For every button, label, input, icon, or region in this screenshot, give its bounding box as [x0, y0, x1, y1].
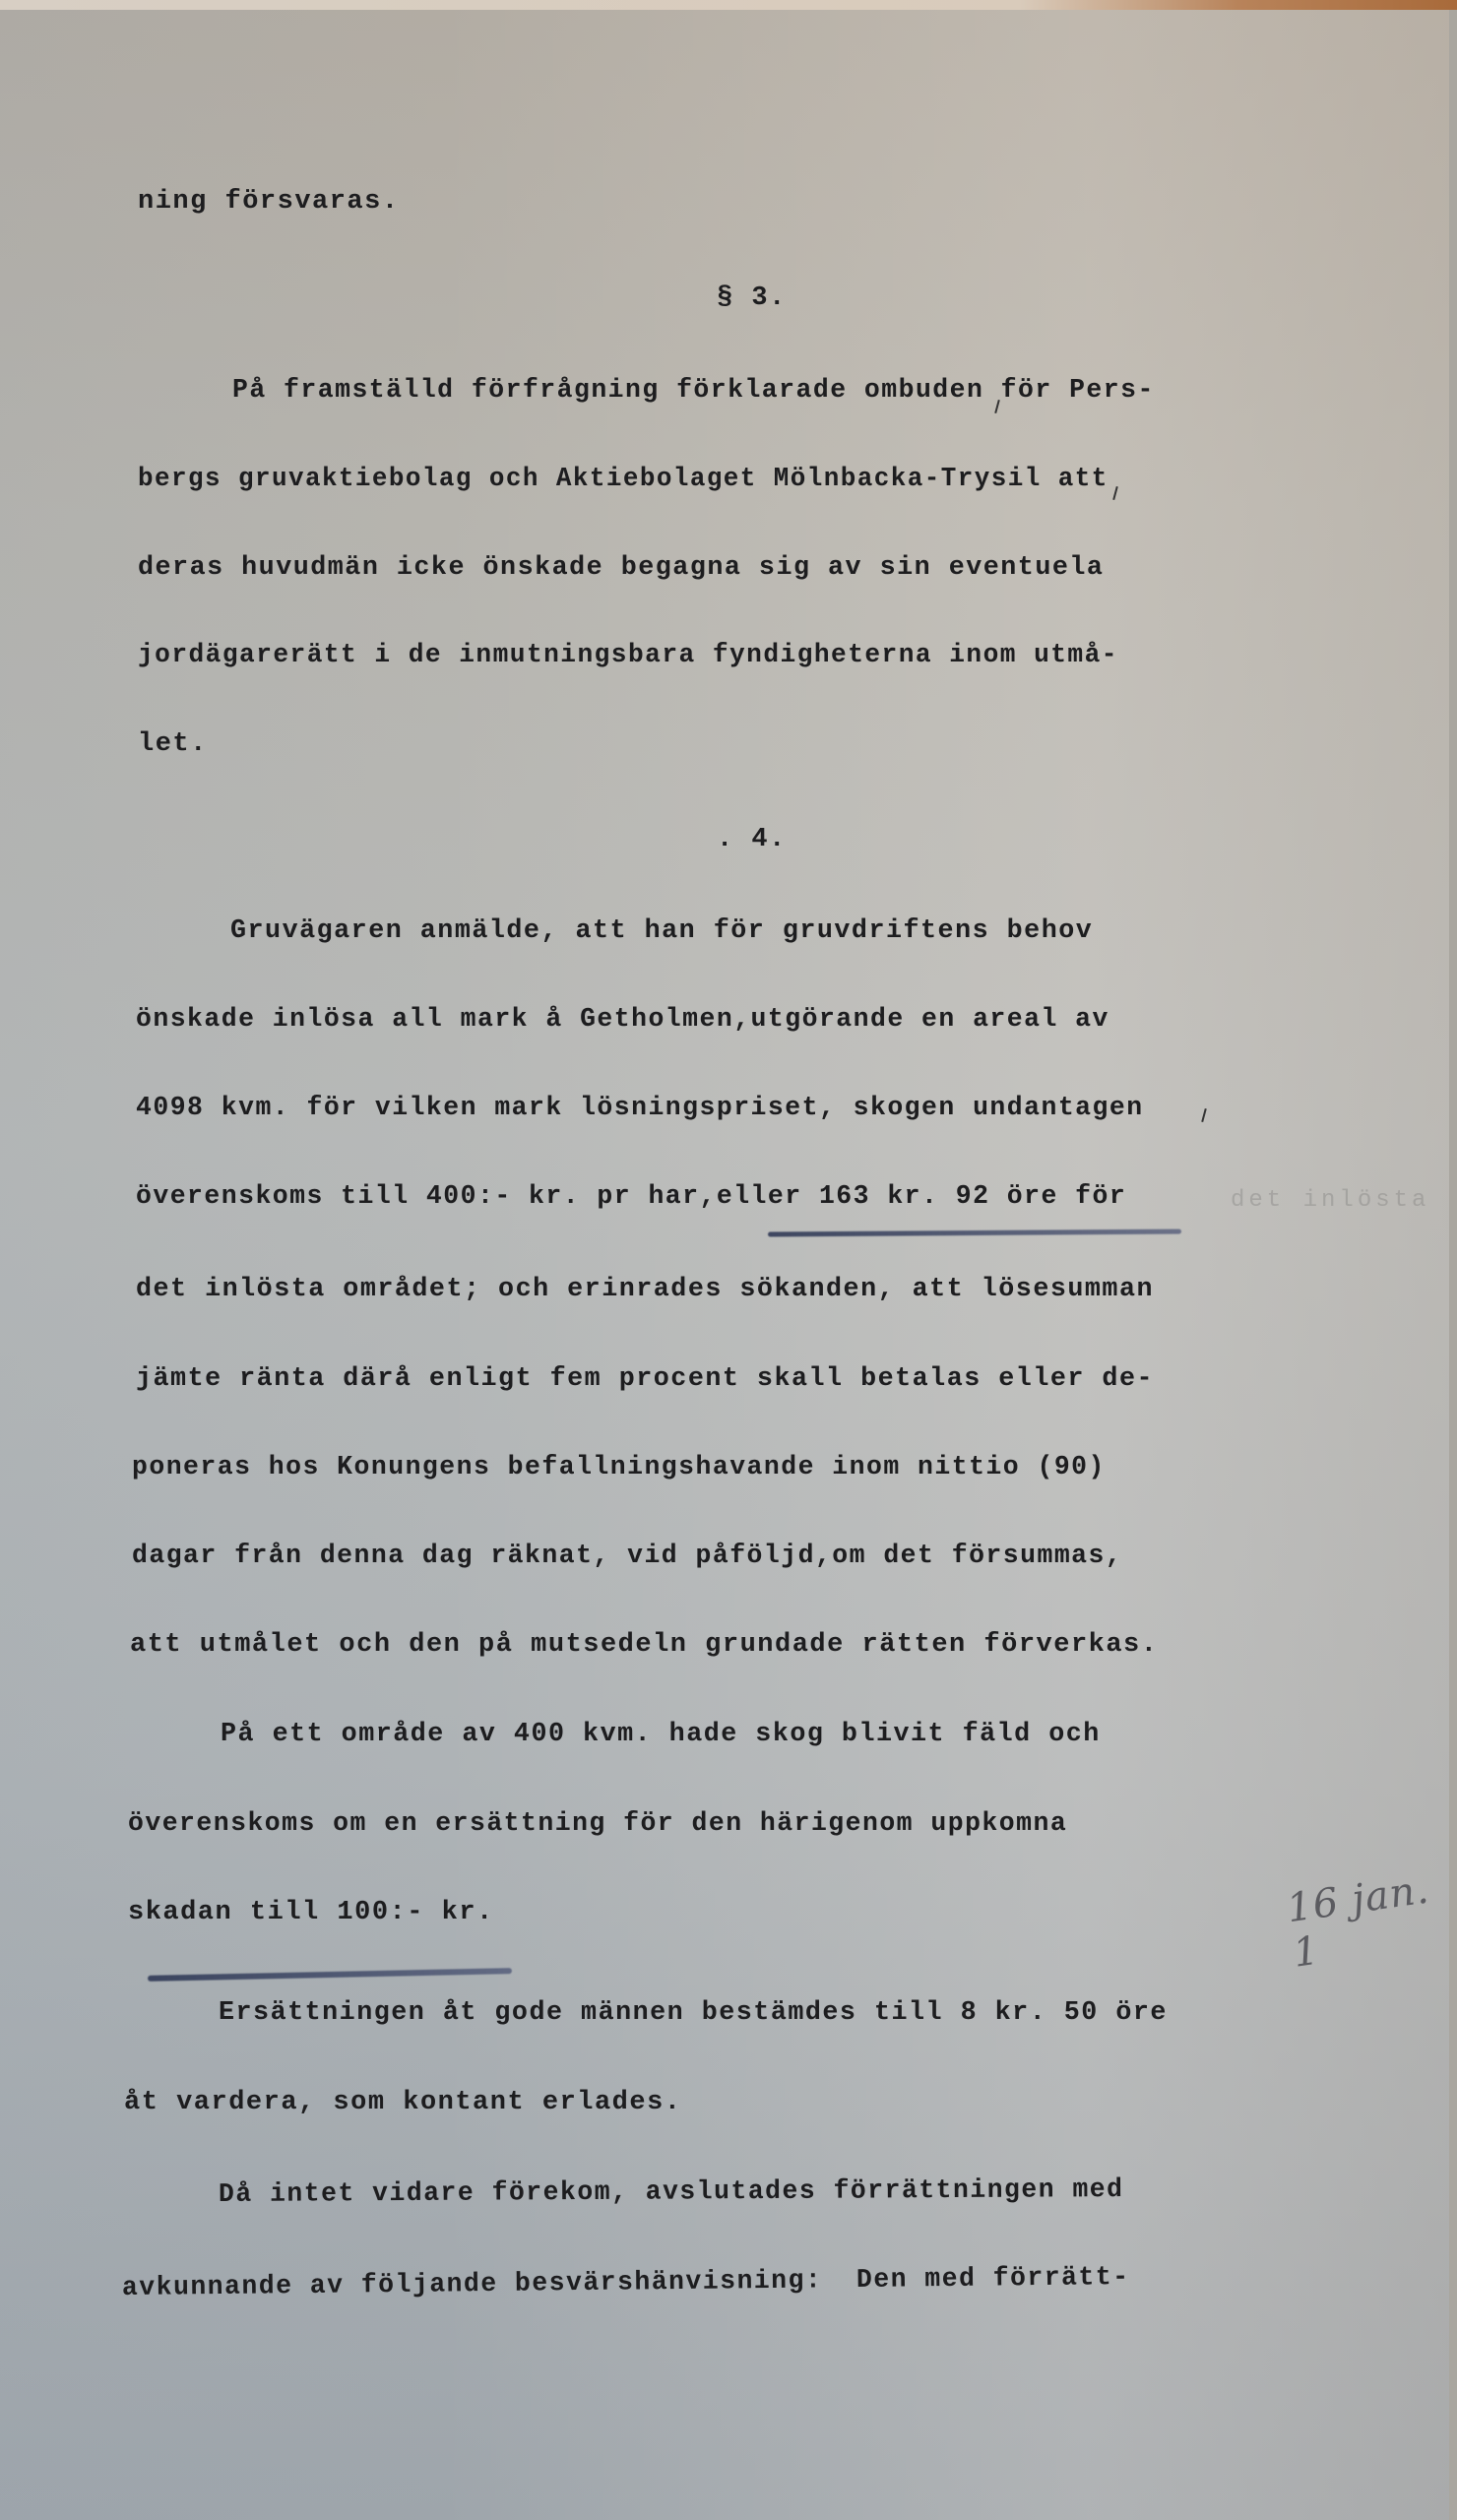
- text-line: avkunnande av följande besvärshänvisning…: [122, 2263, 1130, 2303]
- text-line: bergs gruvaktiebolag och Aktiebolaget Mö…: [138, 465, 1109, 494]
- text-line: skadan till 100:- kr.: [128, 1898, 494, 1927]
- text-line: ning försvaras.: [138, 187, 400, 217]
- bleed-through-text: det inlösta: [1231, 1187, 1429, 1214]
- text-line: överenskoms till 400:- kr. pr har,eller …: [136, 1182, 1126, 1212]
- text-line: deras huvudmän icke önskade begagna sig …: [138, 553, 1104, 583]
- text-line: På ett område av 400 kvm. hade skog bliv…: [221, 1720, 1101, 1749]
- text-line: överenskoms om en ersättning för den här…: [128, 1809, 1067, 1839]
- text-line: att utmålet och den på mutsedeln grundad…: [130, 1630, 1158, 1660]
- text-line: poneras hos Konungens befallningshavande…: [132, 1453, 1106, 1482]
- text-line: dagar från denna dag räknat, vid påföljd…: [132, 1542, 1122, 1571]
- text-line: önskade inlösa all mark å Getholmen,utgö…: [136, 1005, 1109, 1035]
- correction-mark: [1201, 1108, 1207, 1122]
- text-line: På framställd förfrågning förklarade omb…: [232, 376, 1155, 406]
- text-line: Då intet vidare förekom, avslutades förr…: [219, 2175, 1124, 2210]
- document-page: ning försvaras. § 3. På framställd förfr…: [0, 10, 1449, 2520]
- page-top-edge: [0, 0, 1457, 10]
- text-line: åt vardera, som kontant erlades.: [124, 2088, 681, 2117]
- text-line: jordägarerätt i de inmutningsbara fyndig…: [138, 641, 1118, 670]
- section-heading-4: . 4.: [717, 825, 787, 854]
- text-line: 4098 kvm. för vilken mark lösningspriset…: [136, 1094, 1144, 1123]
- text-line: let.: [138, 729, 208, 759]
- correction-mark: [1112, 486, 1118, 500]
- text-line: jämte ränta därå enligt fem procent skal…: [136, 1364, 1154, 1394]
- ink-underline: [768, 1229, 1181, 1237]
- text-line: Ersättningen åt gode männen bestämdes ti…: [219, 1998, 1168, 2028]
- section-heading-3: § 3.: [717, 283, 787, 313]
- handwritten-margin-note: 16 jan. 1: [1284, 1864, 1449, 1977]
- text-line: det inlösta området; och erinrades sökan…: [136, 1275, 1154, 1304]
- text-line: Gruvägaren anmälde, att han för gruvdrif…: [230, 916, 1093, 946]
- ink-underline: [148, 1968, 512, 1982]
